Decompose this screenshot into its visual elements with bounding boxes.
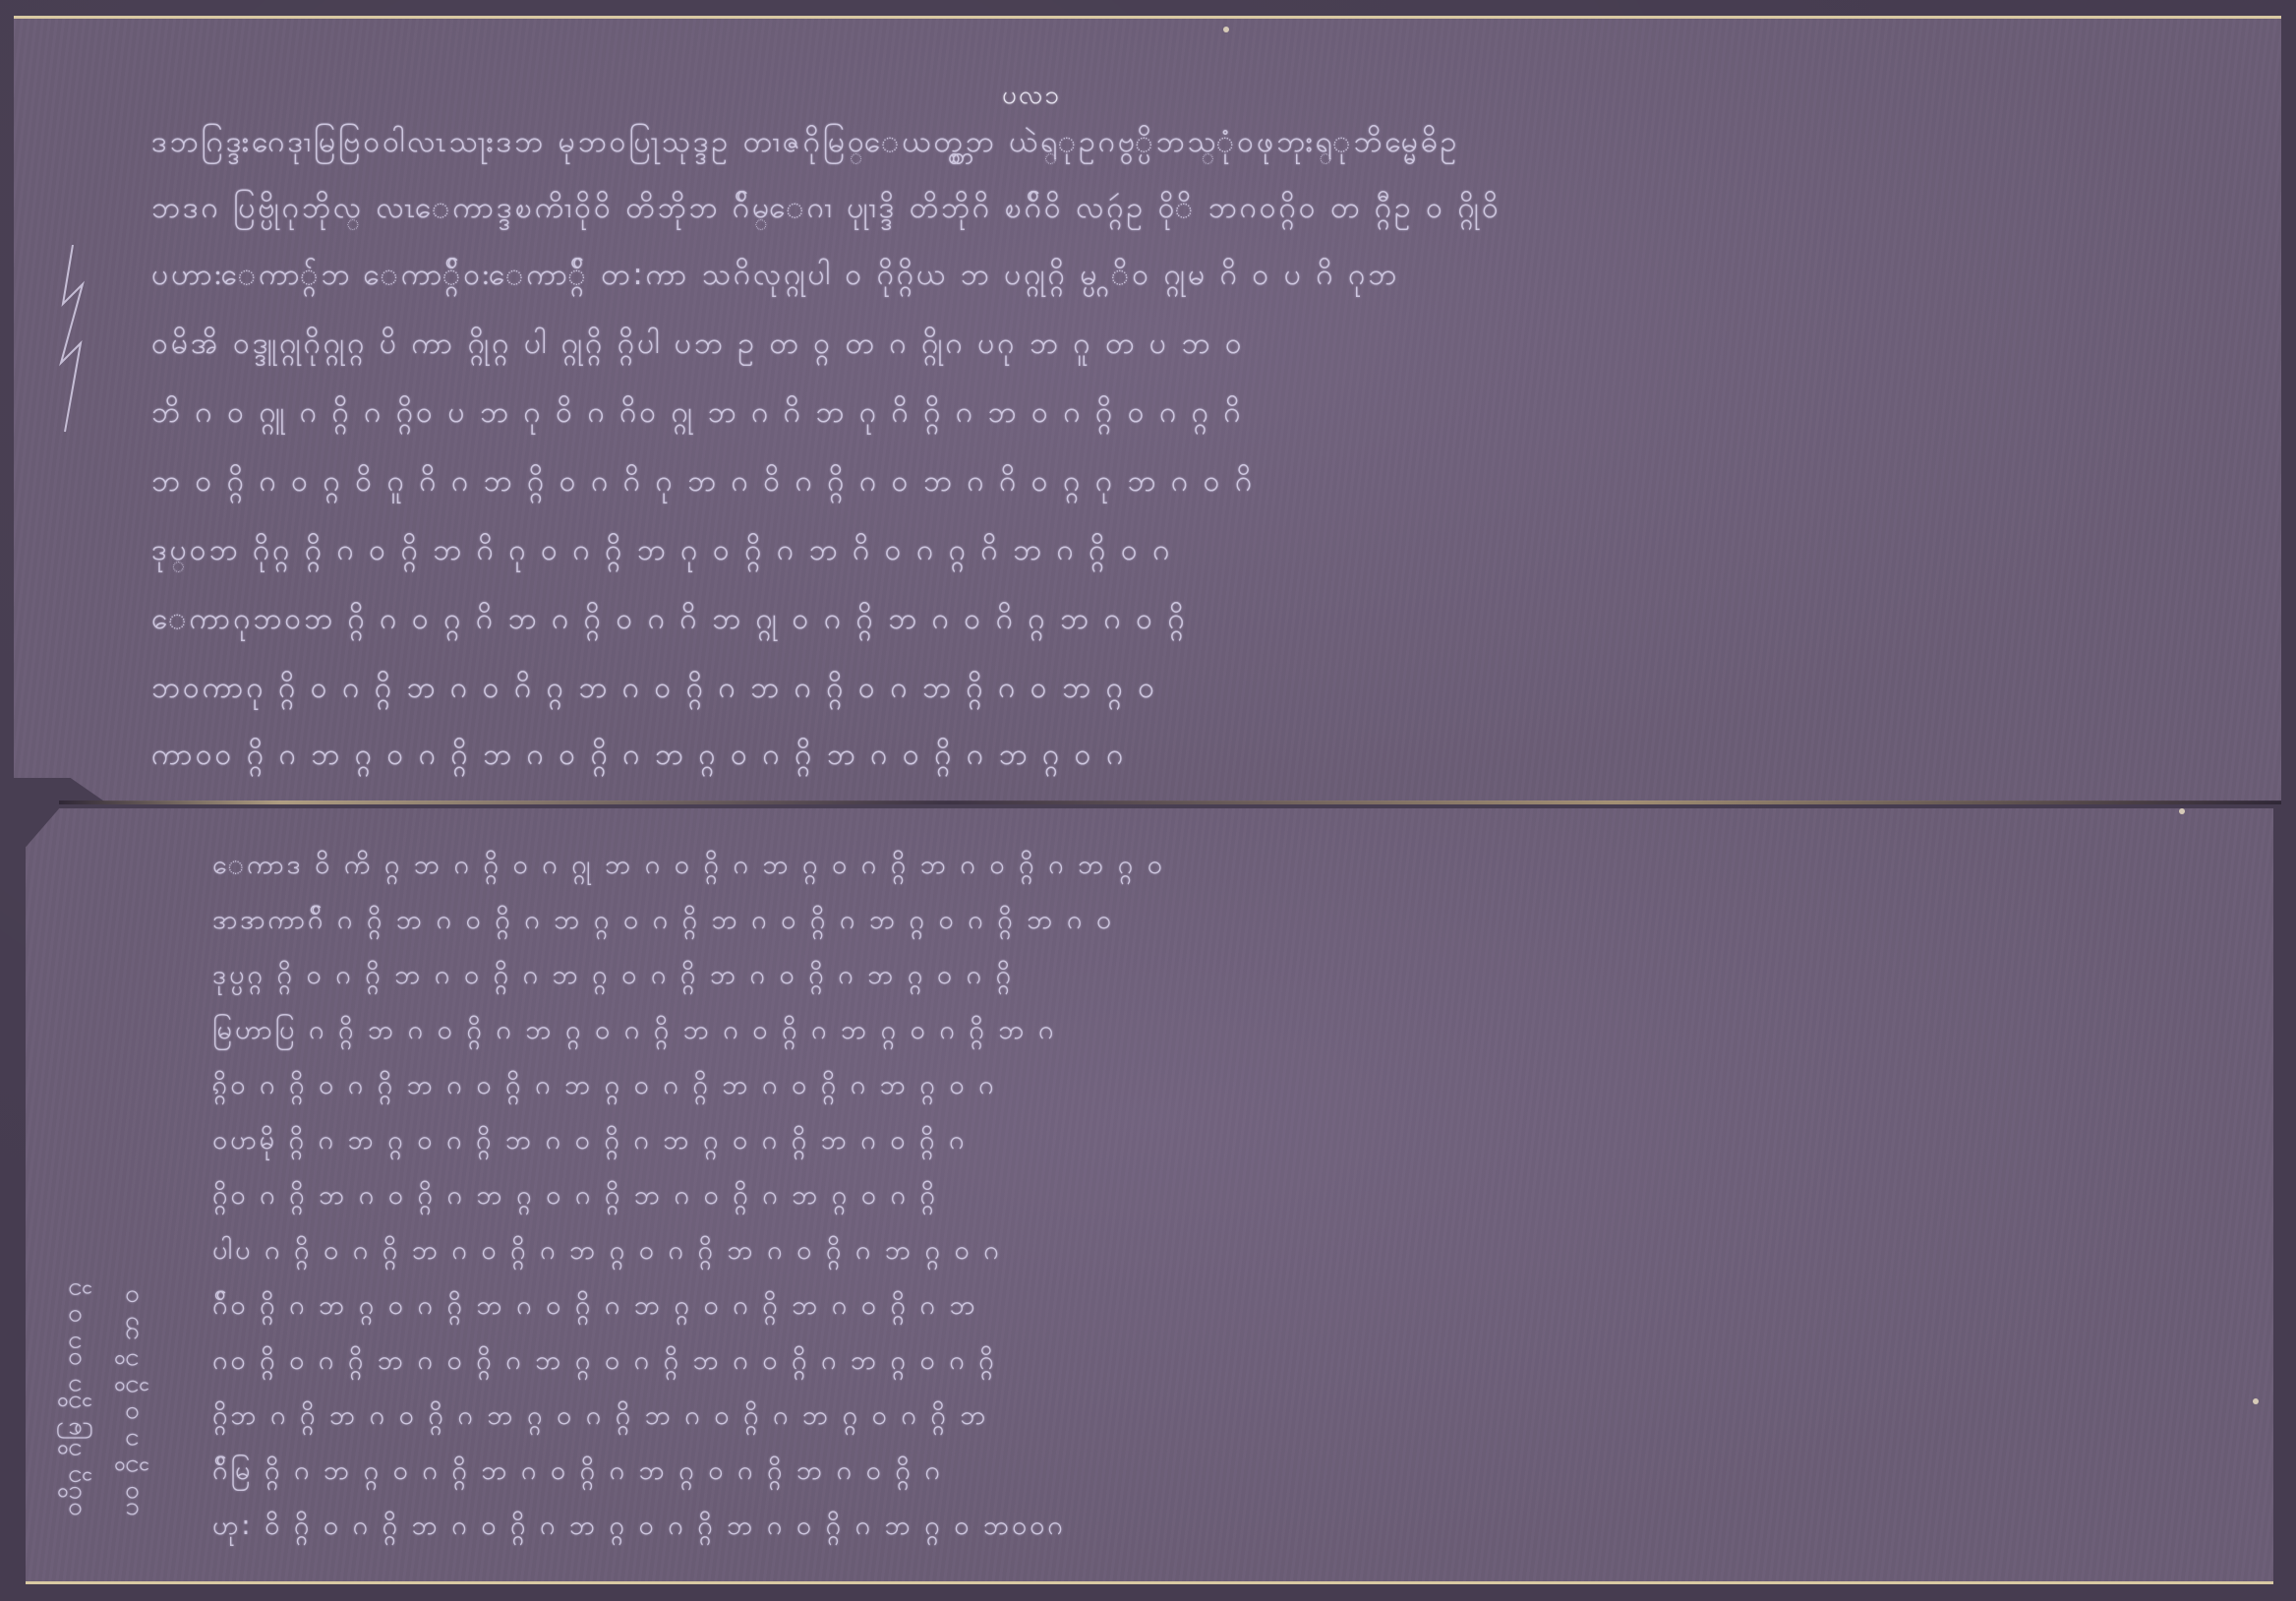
text-line: ဂ်ိဝ ဂ္ဂိ ဂ ဘ ဂ္ဂ ဝ ဂ ဂ္ဂိ ဘ ဂ ဝ ဂ္ဂိ ဂ … bbox=[212, 1288, 2277, 1328]
text-line: ဘဝကာဂု ဂ္ဂိ ဝ ဂ ဂ္ဂိ ဘ ဂ ဝ ဂိ ဂ္ဂ ဘ ဂ ဝ … bbox=[151, 668, 2256, 712]
text-line: ေကာဂုဘဝဘ ဂ္ဂိ ဂ ဝ ဂ္ဂ ဂိ ဘ ဂ ဂ္ဂိ ဝ ဂ ဂိ… bbox=[151, 599, 2256, 643]
text-line: ဘဒဂ ပြဗ္ပိုဂုဘိုလ္ လၤေကာဒ္ဒၿကိၢဝိုဝိ တိဘ… bbox=[151, 188, 2256, 232]
text-line: ကာဝဝ ဂ္ဂိ ဂ ဘ ဂ္ဂ ဝ ဂ ဂ္ဂိ ဘ ဂ ဝ ဂ္ဂိ ဂ … bbox=[151, 735, 2256, 779]
page-marker: ပလ၁ bbox=[1002, 78, 1061, 116]
text-line: ဒာဒာကာဂ်ိ ဂ ဂ္ဂိ ဘ ဂ ဝ ဂ္ဂိ ဂ ဘ ဂ္ဂ ဝ ဂ … bbox=[212, 903, 2277, 942]
damage-speck bbox=[2179, 808, 2185, 814]
text-line: ဒုပ္ပဂ္ဂ ဂ္ဂိ ဝ ဂ ဂ္ဂိ ဘ ဂ ဝ ဂ္ဂိ ဂ ဘ ဂ္… bbox=[212, 958, 2277, 997]
text-line: ဘိ ဂ ဝ ဂ္ဂူ ဂ ဂ္ဂိ ဂ ဂ္ဂိဝ ပ ဘ ဂု ဝိ ဂ ဂ… bbox=[151, 392, 2256, 437]
text-line: ပဟာ:ေကာ္ဂ်ဘ ေကာ္ဂ်ိဝ:ေကာ္ဂ်ိ တ:ကာ သဂိလုဂ… bbox=[151, 255, 2256, 299]
text-line: ဒဘဂြဒ္ဒးဂေဒုၢမြဗြဝဝါလၤသႃးဒဘ မုဘဝပြႃသုဒ္ဒ… bbox=[151, 122, 2256, 166]
text-line: ဝပာမို ဂ္ဂိ ဂ ဘ ဂ္ဂ ဝ ဂ ဂ္ဂိ ဘ ဂ ဝ ဂ္ဂိ … bbox=[212, 1123, 2277, 1162]
text-line: ဂ်ိမြ ဂ္ဂိ ဂ ဘ ဂ္ဂ ဝ ဂ ဂ္ဂိ ဘ ဂ ဝ ဂ္ဂိ ဂ… bbox=[212, 1453, 2277, 1493]
text-line: ေကာဒ ဝိ ကိ ဂ္ဂ ဘ ဂ ဂ္ဂိ ဝ ဂ ဂ္ဂု ဘ ဂ ဝ ဂ… bbox=[212, 848, 2277, 887]
text-line: ၵ္ဂိဝ ဂ ဂ္ဂိ ဝ ဂ ဂ္ဂိ ဘ ဂ ဝ ဂ္ဂိ ဂ ဘ ဂ္ဂ… bbox=[212, 1068, 2277, 1107]
margin-scribble-icon bbox=[53, 245, 92, 442]
margin-text: ပဝ ဂ္ဂိ ဂ ဝ ဂ္ဂိ ဂိ ဘ ဝ bbox=[110, 887, 148, 1516]
text-line: မြဟာပြ ဂ ဂ္ဂိ ဘ ဂ ဝ ဂ္ဂိ ဂ ဘ ဂ္ဂ ဝ ဂ ဂ္ဂ… bbox=[212, 1013, 2277, 1052]
manuscript-upper-panel: ပလ၁ ဒဘဂြဒ္ဒးဂေဒုၢမြဗြဝဝါလၤသႃးဒဘ မုဘဝပြႃသ… bbox=[14, 16, 2281, 801]
text-line: ပါပ ဂ ဂ္ဂိ ဝ ဂ ဂ္ဂိ ဘ ဂ ဝ ဂ္ဂိ ဂ ဘ ဂ္ဂ ဝ… bbox=[212, 1233, 2277, 1273]
text-line: ဝမိအိ ဝဒ္ဒူဂ္ဂုဂိုဂ္ဂုဂ္ဂ ပိ ကာ ဂ္ဂိုဂ္ဂ… bbox=[151, 324, 2256, 368]
margin-text: ဝပိဂ္ဂ ဂိမြ ဂ္ဂိဂ ဝဂ ဝ ဂ္ဂ bbox=[53, 887, 91, 1516]
fold-crease bbox=[59, 800, 2281, 804]
text-line: ဂ္ဂိဝ ဂ ဂ္ဂိ ဘ ဂ ဝ ဂ္ဂိ ဂ ဘ ဂ္ဂ ဝ ဂ ဂ္ဂိ… bbox=[212, 1178, 2277, 1217]
text-line: ဂ္ဂိဘ ဂ ဂ္ဂိ ဘ ဂ ဝ ဂ္ဂိ ဂ ဘ ဂ္ဂ ဝ ဂ ဂ္ဂိ… bbox=[212, 1398, 2277, 1438]
text-line: ဘ ဝ ဂ္ဂိ ဂ ဝ ဂ္ဂ ဝိ ဂူ ဂိ ဂ ဘ ဂ္ဂိ ဝ ဂ ဂ… bbox=[151, 461, 2256, 505]
damage-speck bbox=[2253, 1398, 2259, 1404]
text-line: ဟု: ဝိ ဂ္ဂိ ဝ ဂ ဂ္ဂိ ဘ ဂ ဝ ဂ္ဂိ ဂ ဘ ဂ္ဂ … bbox=[212, 1509, 2277, 1548]
damage-speck bbox=[1223, 27, 1229, 32]
text-line: ဒုပ္ဝဘ ဂိုဂ္ဂ ဂ္ဂိ ဂ ဝ ဂ္ဂိ ဘ ဂိ ဂု ဝ ဂ … bbox=[151, 530, 2256, 574]
text-line: ဂဝ ဂ္ဂိ ဝ ဂ ဂ္ဂိ ဘ ဂ ဝ ဂ္ဂိ ဂ ဘ ဂ္ဂ ဝ ဂ … bbox=[212, 1343, 2277, 1383]
manuscript-lower-panel: ဝပိဂ္ဂ ဂိမြ ဂ္ဂိဂ ဝဂ ဝ ဂ္ဂ ပဝ ဂ္ဂိ ဂ ဝ ဂ… bbox=[26, 808, 2273, 1584]
